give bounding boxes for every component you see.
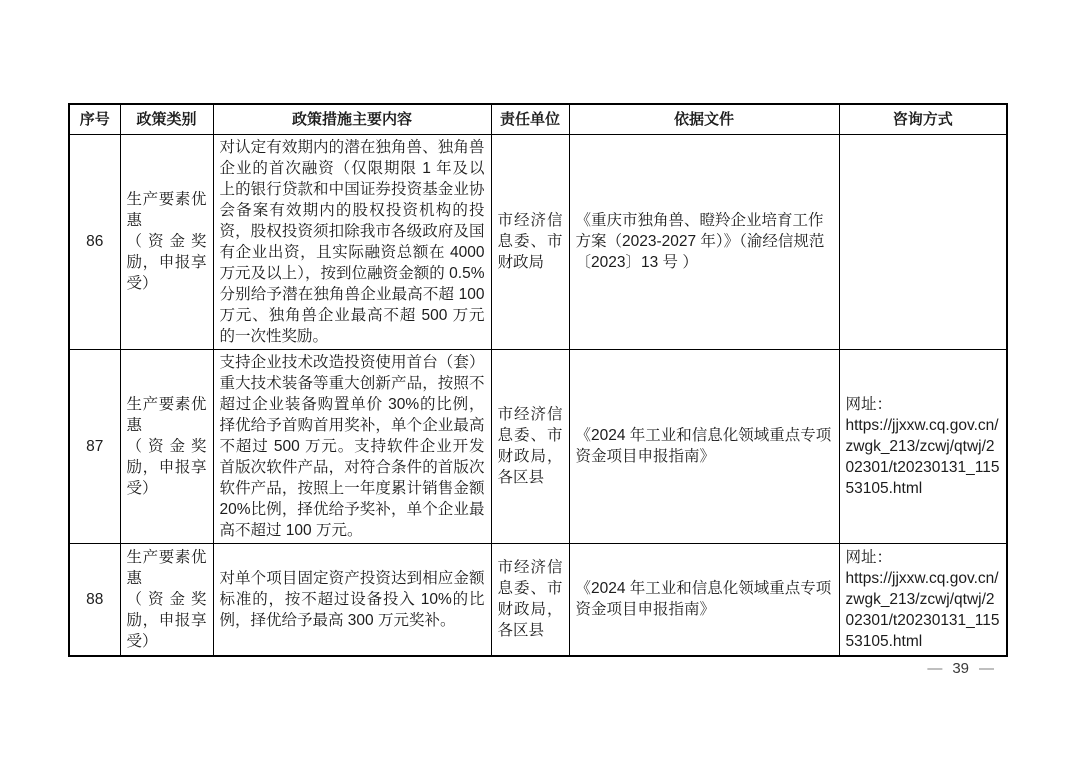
row-88-contact: 网址： https://jjxxw.cq.gov.cn/zwgk_213/zcw… [839,543,1007,656]
header-seq: 序号 [69,104,120,134]
document-page: 序号 政策类别 政策措施主要内容 责任单位 依据文件 咨询方式 86 生产要素优… [0,0,1074,757]
row-86-contact [839,134,1007,349]
header-contact: 咨询方式 [839,104,1007,134]
page-number-dash-left: — [927,660,942,677]
row-87-unit: 市经济信息委、市财政局，各区县 [491,349,569,543]
page-number: — 39 — [927,660,994,677]
row-87-basis: 《2024 年工业和信息化领域重点专项资金项目申报指南》 [569,349,839,543]
table-header-row: 序号 政策类别 政策措施主要内容 责任单位 依据文件 咨询方式 [69,104,1007,134]
page-number-dash-right: — [979,660,994,677]
row-88-seq: 88 [69,543,120,656]
row-88-content: 对单个项目固定资产投资达到相应金额标准的，按不超过设备投入 10%的比例，择优给… [213,543,491,656]
row-86-unit: 市经济信息委、市财政局 [491,134,569,349]
page-number-value: 39 [952,660,969,677]
row-86-seq: 86 [69,134,120,349]
policy-table: 序号 政策类别 政策措施主要内容 责任单位 依据文件 咨询方式 86 生产要素优… [68,103,1008,657]
row-87-seq: 87 [69,349,120,543]
row-88-unit: 市经济信息委、市财政局，各区县 [491,543,569,656]
header-category: 政策类别 [120,104,213,134]
row-88-basis: 《2024 年工业和信息化领域重点专项资金项目申报指南》 [569,543,839,656]
table-row-87: 87 生产要素优惠 （资金奖励，申报享受） 支持企业技术改造投资使用首台（套）重… [69,349,1007,543]
row-86-content: 对认定有效期内的潜在独角兽、独角兽企业的首次融资（仅限期限 1 年及以上的银行贷… [213,134,491,349]
row-87-content: 支持企业技术改造投资使用首台（套）重大技术装备等重大创新产品，按照不超过企业装备… [213,349,491,543]
row-86-category: 生产要素优惠 （资金奖励，申报享受） [120,134,213,349]
table-row-88: 88 生产要素优惠 （资金奖励，申报享受） 对单个项目固定资产投资达到相应金额标… [69,543,1007,656]
header-content: 政策措施主要内容 [213,104,491,134]
table-row-86: 86 生产要素优惠 （资金奖励，申报享受） 对认定有效期内的潜在独角兽、独角兽企… [69,134,1007,349]
row-86-basis: 《重庆市独角兽、瞪羚企业培育工作方案（2023-2027 年）》（渝经信规范〔2… [569,134,839,349]
row-87-category: 生产要素优惠 （资金奖励，申报享受） [120,349,213,543]
header-basis: 依据文件 [569,104,839,134]
row-87-contact: 网址： https://jjxxw.cq.gov.cn/zwgk_213/zcw… [839,349,1007,543]
row-88-category: 生产要素优惠 （资金奖励，申报享受） [120,543,213,656]
header-unit: 责任单位 [491,104,569,134]
